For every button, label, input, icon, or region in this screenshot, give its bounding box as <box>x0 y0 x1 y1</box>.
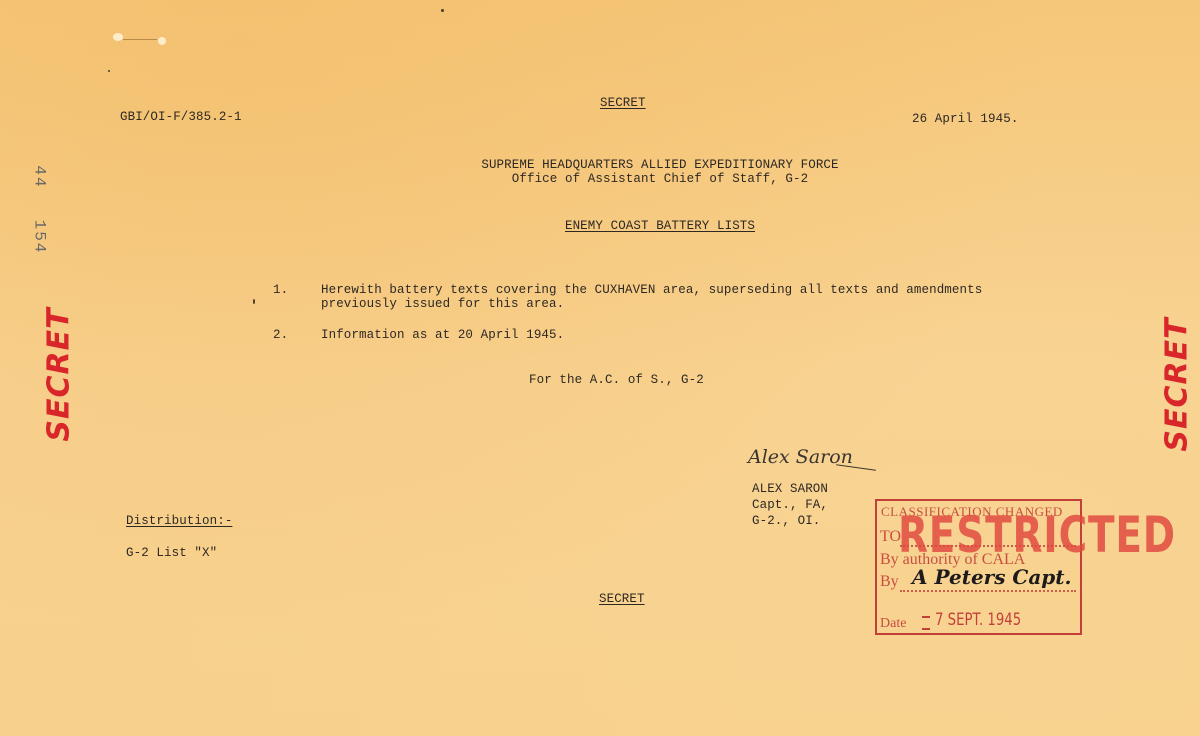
stamp-date-value: 7 SEPT. 1945 <box>935 610 1021 630</box>
paper-speck <box>253 299 255 304</box>
header-office: Office of Assistant Chief of Staff, G-2 <box>460 172 860 186</box>
file-number-bottom: 154 <box>30 220 48 255</box>
right-secret-stamp: SECRET <box>1160 317 1195 451</box>
paper-speck <box>441 9 444 12</box>
distribution-label: Distribution:- <box>126 514 232 528</box>
paragraph-text: previously issued for this area. <box>321 297 564 311</box>
paragraph-text: Herewith battery texts covering the CUXH… <box>321 283 982 297</box>
paragraph-number: 1. <box>273 283 288 297</box>
distribution-list: G-2 List "X" <box>126 546 217 560</box>
signatory-rank: Capt., FA, <box>752 498 828 512</box>
paragraph-text: Information as at 20 April 1945. <box>321 328 564 342</box>
stamp-by-line <box>900 590 1076 592</box>
classification-bottom: SECRET <box>599 592 645 606</box>
document-title: ENEMY COAST BATTERY LISTS <box>460 219 860 233</box>
stamp-by-signature: A Peters Capt. <box>912 565 1072 589</box>
paper-scratch <box>123 39 157 40</box>
document-date: 26 April 1945. <box>912 112 1018 126</box>
left-secret-stamp: SECRET <box>42 307 77 441</box>
file-number-top: 44 <box>31 165 49 188</box>
paragraph-number: 2. <box>273 328 288 342</box>
for-line: For the A.C. of S., G-2 <box>529 373 704 387</box>
signatory-name: ALEX SARON <box>752 482 828 496</box>
signatory-unit: G-2., OI. <box>752 514 820 528</box>
paper-speck <box>108 70 110 72</box>
paper-scuff <box>113 33 123 41</box>
header-organization: SUPREME HEADQUARTERS ALLIED EXPEDITIONAR… <box>460 158 860 172</box>
stamp-date-mark <box>922 616 930 630</box>
classification-top: SECRET <box>600 96 646 110</box>
stamp-date-label: Date <box>880 616 906 632</box>
restricted-overprint: RESTRICTED <box>898 506 1176 564</box>
stamp-by-label: By <box>880 573 899 591</box>
paper-scuff <box>158 37 166 45</box>
reference-number: GBI/OI-F/385.2-1 <box>120 110 242 124</box>
